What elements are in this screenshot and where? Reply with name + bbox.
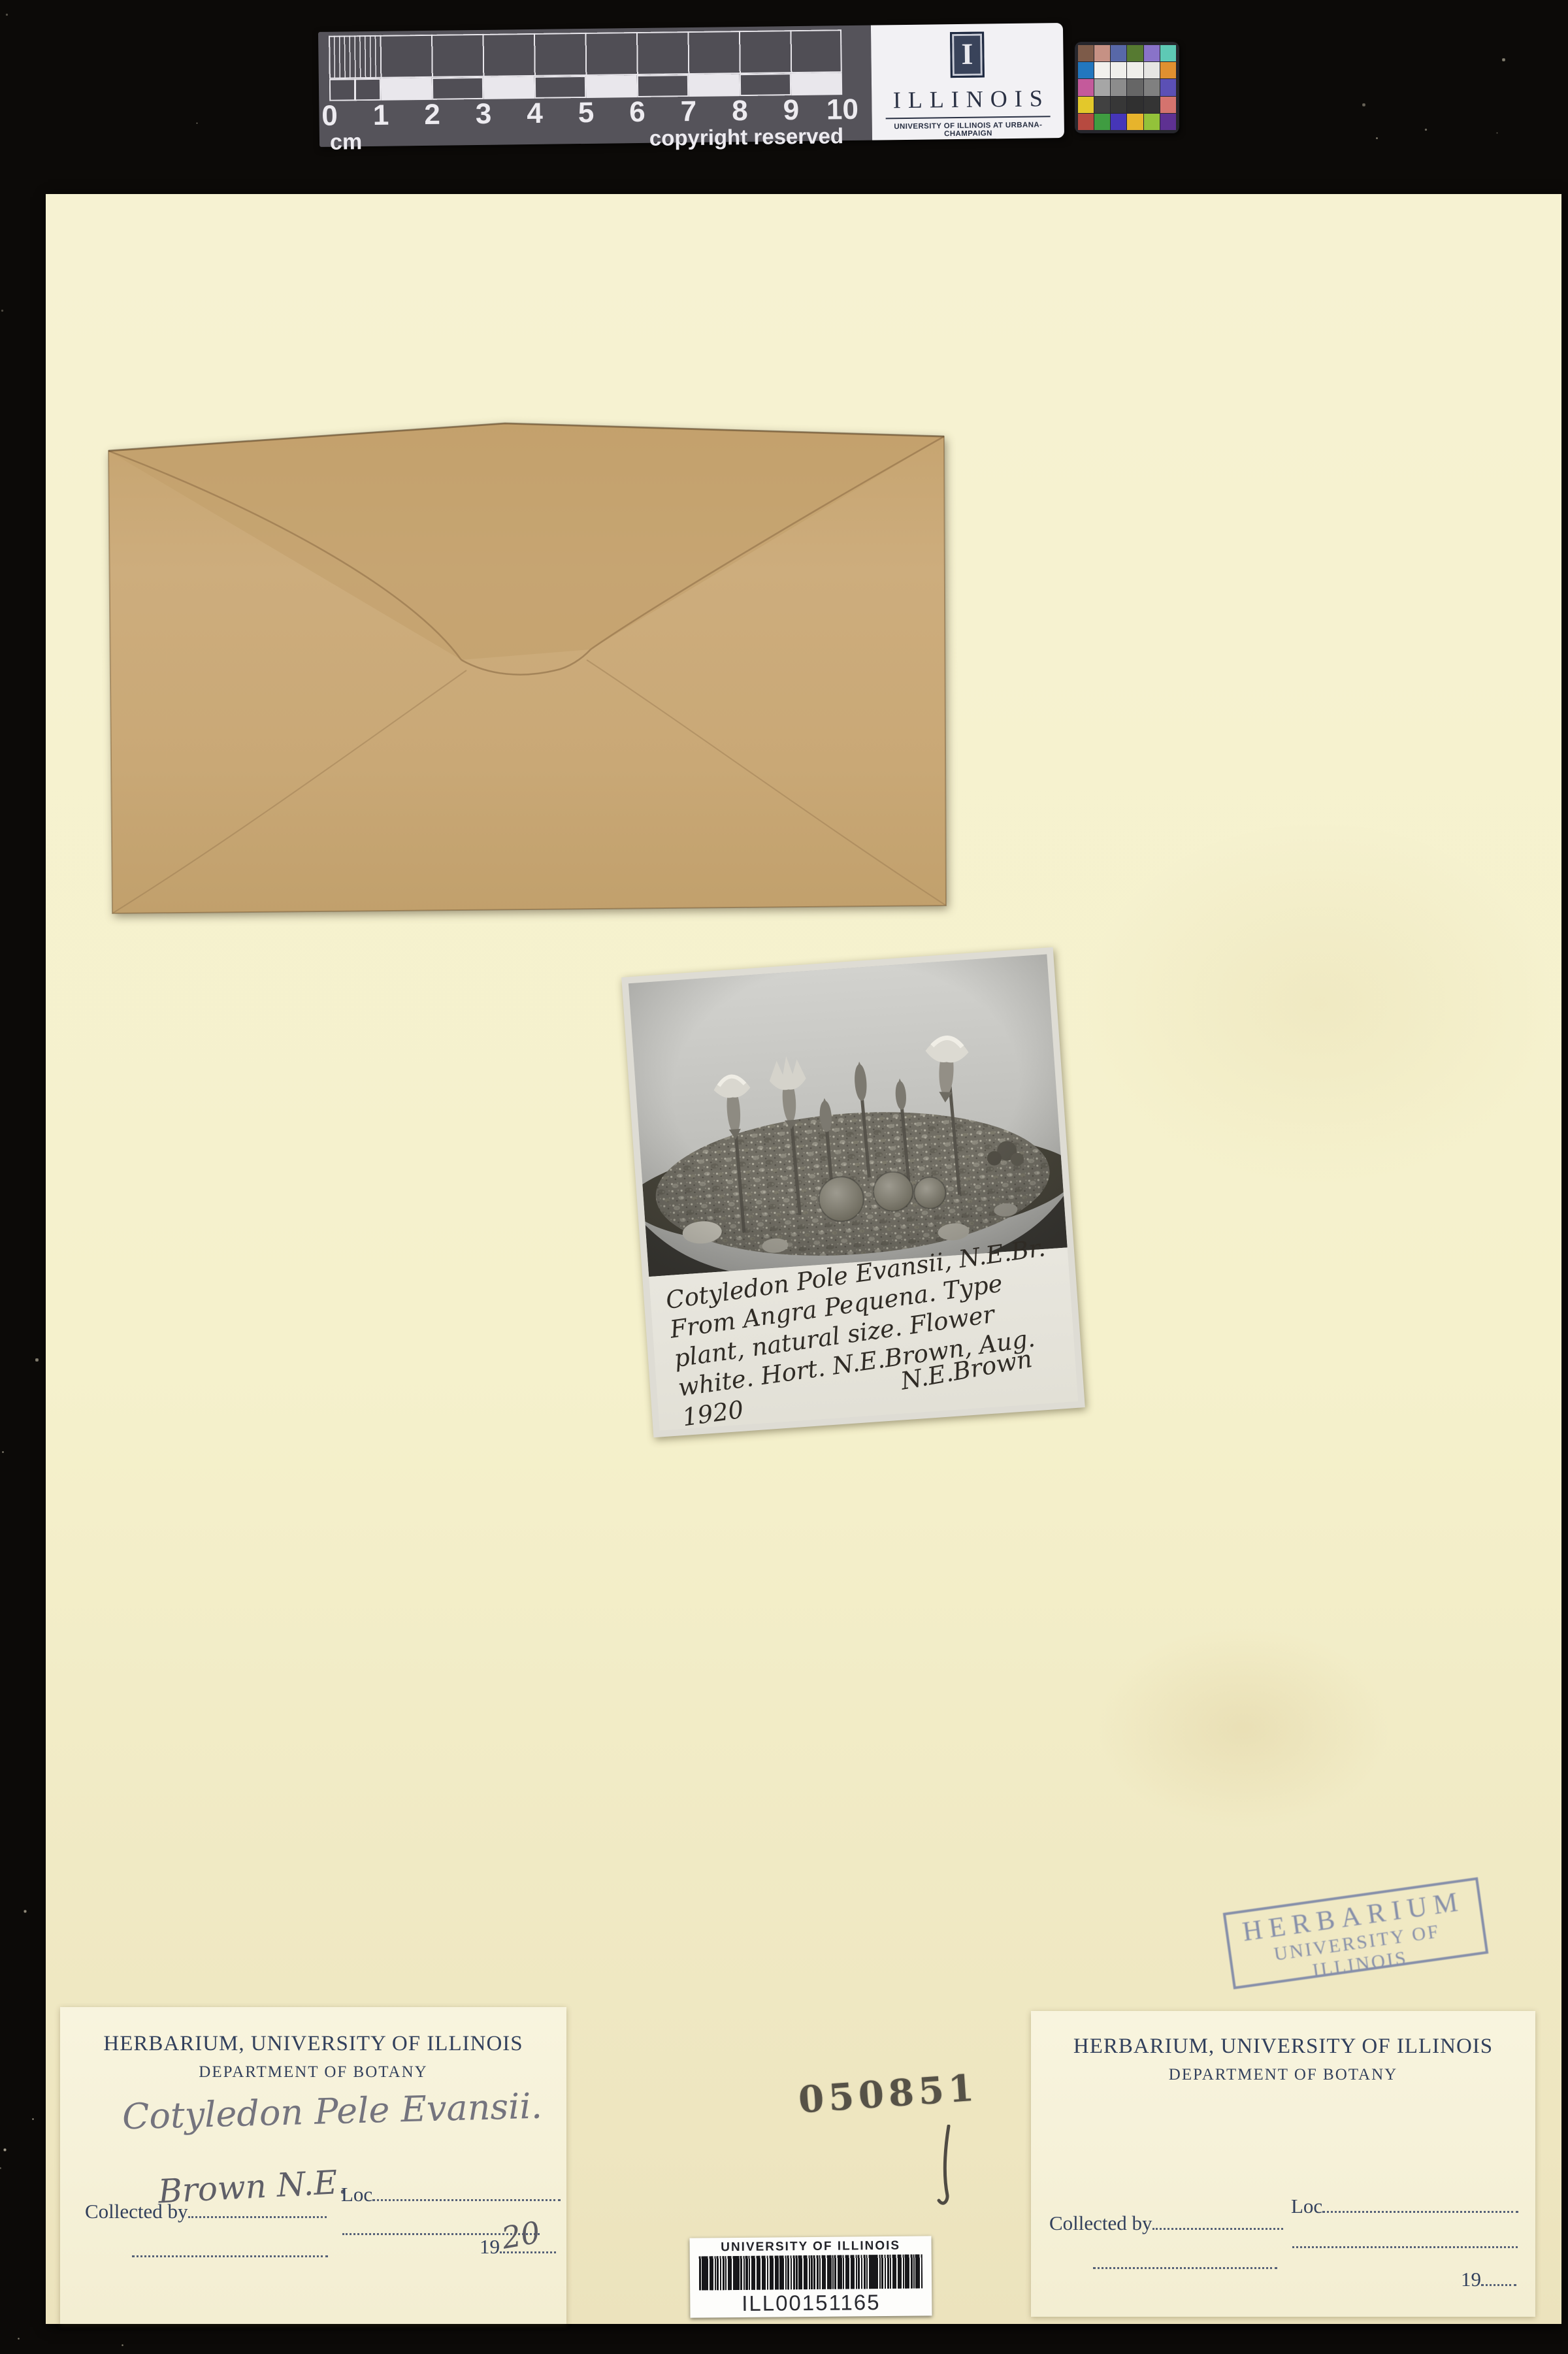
loc-field: Loc — [1291, 2193, 1518, 2218]
ruler-number: 3 — [475, 98, 491, 131]
color-swatch — [1127, 79, 1143, 95]
collector-extra-line — [1093, 2249, 1277, 2274]
color-swatch — [1094, 114, 1110, 130]
collector-extra-line — [132, 2237, 328, 2263]
color-swatch — [1144, 114, 1160, 130]
specimen-label-right: HERBARIUM, UNIVERSITY OF ILLINOIS DEPART… — [1031, 2011, 1535, 2317]
illinois-block-i-logo: I — [950, 32, 985, 78]
barcode-number: ILL00151165 — [690, 2289, 932, 2316]
ruler-number: 2 — [424, 99, 440, 131]
checker-cell — [637, 74, 689, 97]
ruler-number: 1 — [372, 99, 389, 132]
color-swatch — [1111, 79, 1126, 95]
color-swatch — [1127, 45, 1143, 61]
specimen-envelope — [103, 419, 949, 924]
color-swatch — [1111, 97, 1126, 113]
scale-bar-body: 012345678910 cm copyright reserved — [318, 25, 872, 147]
barcode-bars — [699, 2255, 923, 2291]
color-swatch — [1144, 62, 1160, 78]
specimen-label-left: HERBARIUM, UNIVERSITY OF ILLINOIS DEPART… — [60, 2007, 566, 2324]
checker-cell — [585, 75, 637, 98]
illinois-tagline: UNIVERSITY OF ILLINOIS AT URBANA-CHAMPAI… — [872, 121, 1064, 139]
dust-speckles — [0, 0, 1, 1]
illinois-wordmark: ILLINOIS — [872, 84, 1064, 114]
checker-cell — [740, 73, 791, 96]
ruler-number: 8 — [732, 95, 748, 127]
color-swatch — [1160, 97, 1176, 113]
checker-cell — [688, 74, 740, 97]
color-swatch — [1078, 79, 1094, 95]
label-title: HERBARIUM, UNIVERSITY OF ILLINOIS — [1031, 2035, 1535, 2059]
photo-caption: Cotyledon Pole Evansii, N.E.Br.From Angr… — [649, 1247, 1078, 1430]
pen-mark — [937, 2125, 956, 2211]
year-handwritten: 20 — [499, 2214, 543, 2255]
color-swatch — [1160, 79, 1176, 95]
loc-extra-line — [1292, 2228, 1518, 2253]
checker-cell — [380, 78, 432, 101]
color-swatch — [1078, 114, 1094, 130]
color-swatch — [1094, 79, 1110, 95]
ruler-number: 5 — [578, 97, 594, 129]
color-calibration-chart — [1075, 42, 1179, 133]
checker-cell — [329, 78, 381, 101]
loc-field: Loc — [341, 2181, 561, 2206]
label-title: HERBARIUM, UNIVERSITY OF ILLINOIS — [60, 2032, 566, 2056]
color-swatch — [1160, 114, 1176, 130]
specimen-photo — [629, 954, 1068, 1277]
specimen-photograph-card: Cotyledon Pole Evansii, N.E.Br.From Angr… — [621, 947, 1085, 1437]
color-swatch — [1127, 114, 1143, 130]
color-swatch — [1127, 62, 1143, 78]
checker-cell — [483, 76, 534, 99]
ruler-number: 6 — [629, 96, 645, 129]
species-handwritten: Cotyledon Pele Evansii. — [122, 2085, 542, 2138]
ruler-number: 9 — [783, 94, 799, 127]
color-swatch — [1144, 97, 1160, 113]
illinois-panel: I ILLINOIS UNIVERSITY OF ILLINOIS AT URB… — [871, 23, 1064, 140]
color-swatch — [1094, 62, 1110, 78]
color-swatch — [1127, 97, 1143, 113]
checker-cell — [432, 77, 483, 100]
color-swatch — [1078, 97, 1094, 113]
ruler-number: 7 — [680, 95, 696, 128]
digitized-herbarium-sheet: 012345678910 cm copyright reserved I ILL… — [0, 0, 1568, 2354]
scale-unit-label: cm — [330, 129, 363, 155]
color-swatch — [1111, 114, 1126, 130]
color-swatch — [1111, 45, 1126, 61]
color-chart-grid — [1078, 45, 1176, 130]
color-swatch — [1094, 45, 1110, 61]
checker-cell — [791, 73, 842, 95]
illinois-rule — [885, 116, 1051, 119]
color-swatch — [1160, 62, 1176, 78]
specimen-photo-illustration — [629, 954, 1068, 1277]
copyright-label: copyright reserved — [649, 123, 844, 151]
collected-by-field: Collected by — [1049, 2210, 1283, 2235]
color-swatch — [1144, 79, 1160, 95]
ruler-number: 0 — [321, 100, 338, 133]
label-department: DEPARTMENT OF BOTANY — [1031, 2066, 1535, 2084]
color-swatch — [1160, 45, 1176, 61]
color-swatch — [1111, 62, 1126, 78]
scale-checker-tall-row — [329, 29, 842, 79]
ruler-number: 10 — [826, 93, 859, 127]
color-swatch — [1078, 62, 1094, 78]
scale-bar: 012345678910 cm copyright reserved I ILL… — [318, 23, 1064, 147]
scale-millimeter-marks — [329, 35, 380, 79]
color-swatch — [1144, 45, 1160, 61]
checker-cell — [534, 76, 586, 99]
barcode-label: UNIVERSITY OF ILLINOIS ILL00151165 — [689, 2236, 932, 2317]
label-department: DEPARTMENT OF BOTANY — [60, 2063, 566, 2082]
color-swatch — [1094, 97, 1110, 113]
color-swatch — [1078, 45, 1094, 61]
ruler-number: 4 — [527, 97, 543, 130]
year-field: 19 — [1461, 2266, 1516, 2291]
barcode-institution: UNIVERSITY OF ILLINOIS — [690, 2238, 932, 2255]
